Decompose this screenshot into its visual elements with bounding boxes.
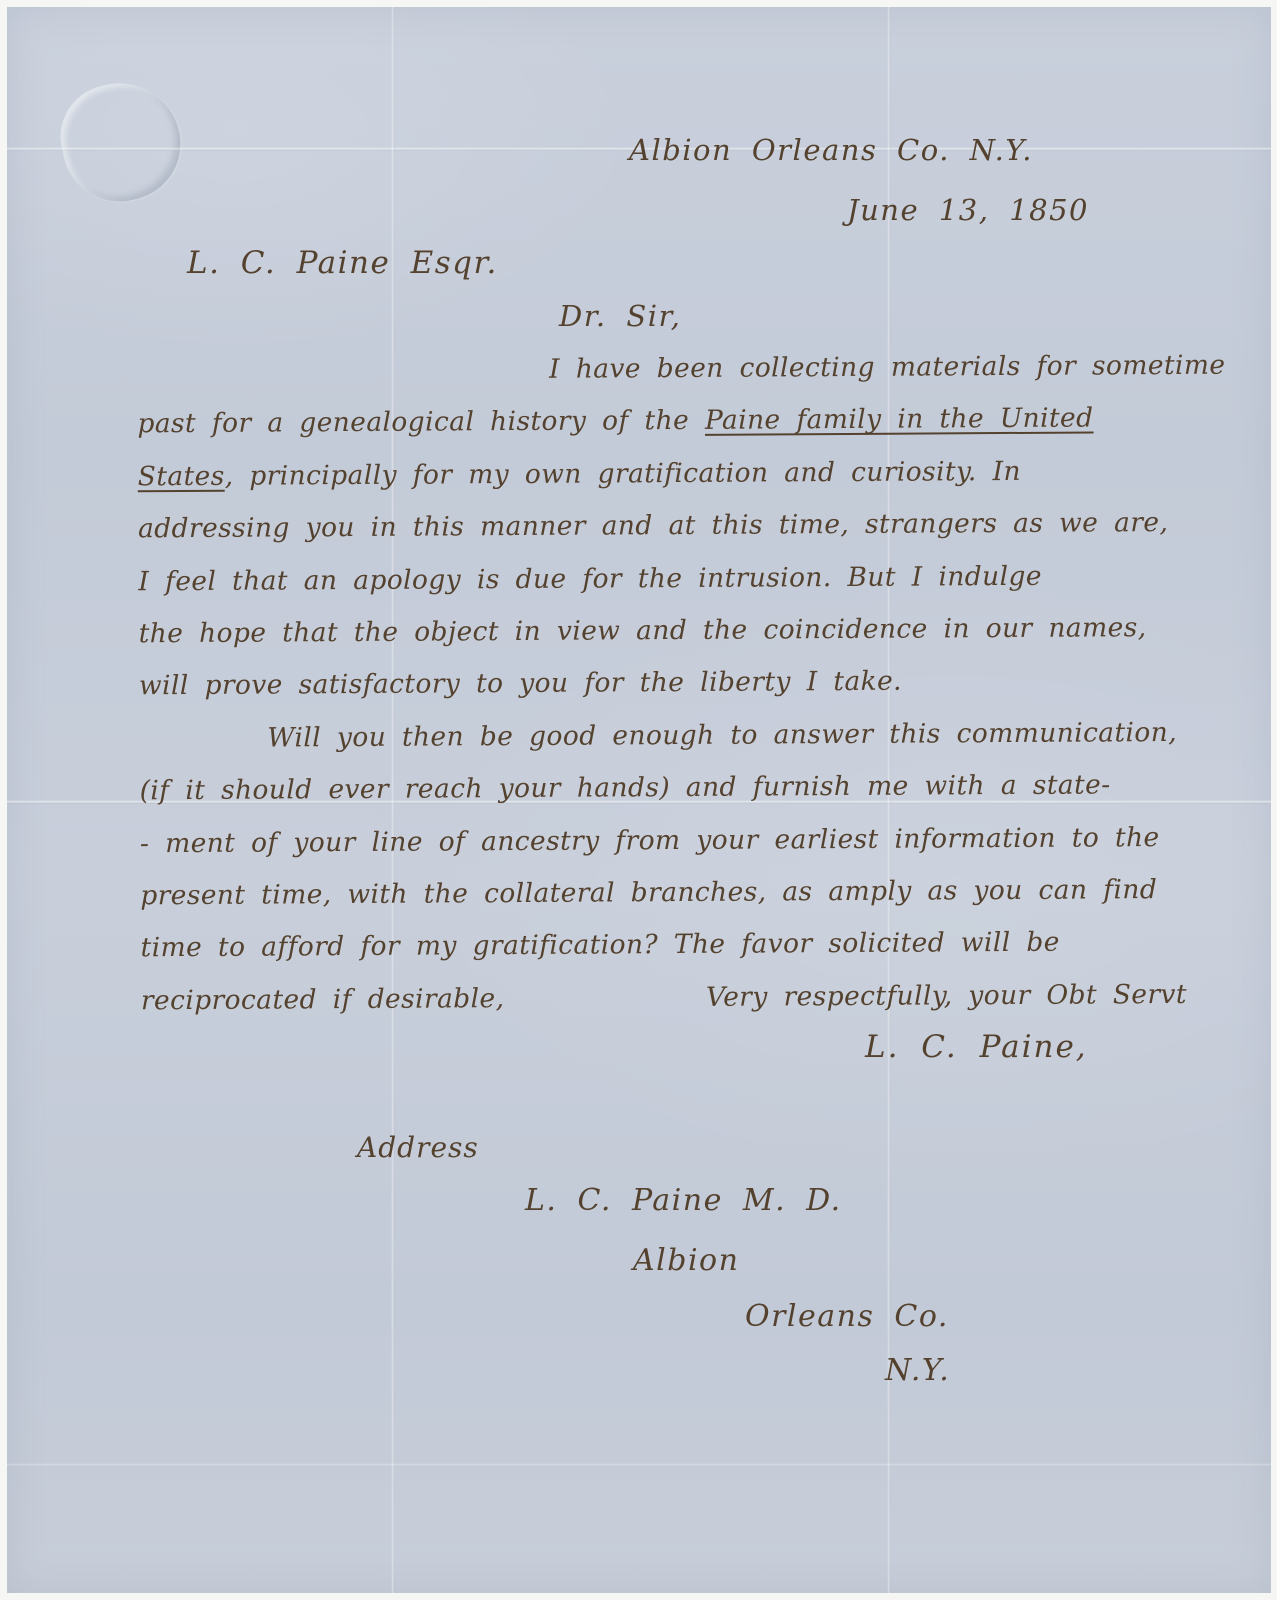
address-line: Orleans Co. xyxy=(745,1299,949,1334)
letter-line: addressing you in this manner and at thi… xyxy=(138,497,1220,556)
letter-text: present time, with the collateral branch… xyxy=(140,874,1157,911)
letter-line: I feel that an apology is due for the in… xyxy=(138,549,1220,608)
letter-text: I feel that an apology is due for the in… xyxy=(138,560,1042,597)
address-line: L. C. Paine M. D. xyxy=(525,1183,842,1218)
letter-line: I have been collecting materials for som… xyxy=(137,340,1219,399)
letter-text: , principally for my own gratification a… xyxy=(225,456,1021,492)
embossed-paper-seal xyxy=(49,70,192,213)
letter-line: - ment of your line of ancestry from you… xyxy=(140,811,1222,870)
letter-text: addressing you in this manner and at thi… xyxy=(138,507,1168,544)
underlined-text: Paine family in the United xyxy=(705,403,1094,436)
closing-right: Very respectfully, your Obt Servt xyxy=(706,969,1187,1024)
letter-text: time to afford for my gratification? The… xyxy=(141,927,1060,964)
letter-line: time to afford for my gratification? The… xyxy=(140,916,1222,975)
letter-text: Will you then be good enough to answer t… xyxy=(267,717,1177,754)
recipient-line: L. C. Paine Esqr. xyxy=(187,245,498,281)
letter-paper: Albion Orleans Co. N.Y. June 13, 1850 L.… xyxy=(7,7,1271,1593)
address-line: N.Y. xyxy=(885,1353,950,1388)
letter-line: past for a genealogical history of the P… xyxy=(137,392,1219,451)
letter-text: - ment of your line of ancestry from you… xyxy=(140,822,1160,859)
letter-text: past for a genealogical history of the xyxy=(137,405,705,439)
signature: L. C. Paine, xyxy=(865,1029,1088,1065)
letter-line: the hope that the object in view and the… xyxy=(139,602,1221,661)
address-line: Albion xyxy=(633,1243,739,1278)
letter-scan: Albion Orleans Co. N.Y. June 13, 1850 L.… xyxy=(0,0,1277,1600)
letter-line: Will you then be good enough to answer t… xyxy=(139,706,1221,765)
fold-crease-horizontal-bottom xyxy=(7,1463,1271,1467)
letter-text: the hope that the object in view and the… xyxy=(139,612,1147,649)
closing-left: reciprocated if desirable, xyxy=(141,973,505,1028)
letter-line: will prove satisfactory to you for the l… xyxy=(139,654,1221,713)
salutation: Dr. Sir, xyxy=(559,299,681,333)
letter-text: (if it should ever reach your hands) and… xyxy=(140,769,1111,806)
letter-text: will prove satisfactory to you for the l… xyxy=(139,666,902,702)
letter-line: (if it should ever reach your hands) and… xyxy=(139,759,1221,818)
closing-line: reciprocated if desirable,Very respectfu… xyxy=(141,968,1223,1027)
address-label: Address xyxy=(357,1131,479,1164)
letter-text: I have been collecting materials for som… xyxy=(549,350,1226,385)
letter-body: I have been collecting materials for som… xyxy=(137,340,1223,1028)
letter-line: present time, with the collateral branch… xyxy=(140,864,1222,923)
underlined-text: States xyxy=(138,461,225,493)
date-line: June 13, 1850 xyxy=(847,193,1089,227)
letter-line: States, principally for my own gratifica… xyxy=(138,444,1220,503)
place-line: Albion Orleans Co. N.Y. xyxy=(629,133,1033,167)
